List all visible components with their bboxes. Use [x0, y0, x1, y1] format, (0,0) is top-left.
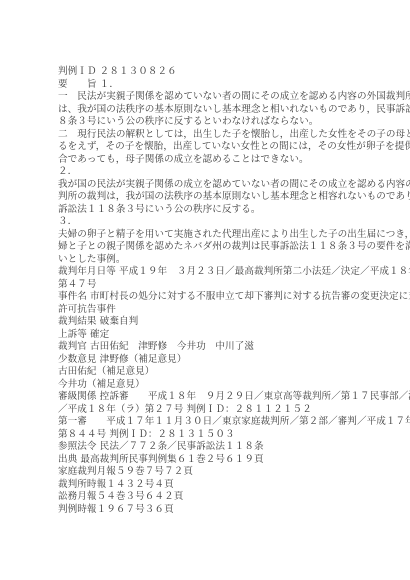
first-instance: 第一審 平成１７年１１月３０日／東京家庭裁判所／第２部／審判／平成１７年（家） [58, 416, 358, 429]
judgment-date-cont: 第４７号 [58, 279, 358, 292]
source-cont: 訟務月報５４巻３号６４２頁 [58, 491, 358, 504]
judgment-result: 裁判結果 破棄自判 [58, 316, 358, 329]
summary-line: 我が国の民法が実親子関係の成立を認めていない者の間にその成立を認める内容の外国裁 [58, 179, 358, 192]
referenced-laws: 参照法令 民法／７７２条／民事訴訟法１１８条 [58, 441, 358, 454]
minority-opinion-cont: 今井功（補足意見） [58, 379, 358, 392]
summary-line: 訴訟法１１８条３号にいう公の秩序に反する。 [58, 204, 358, 217]
summary-line: 判所の裁判は，我が国の法秩序の基本原則ないし基本理念と相容れないものであり，民事 [58, 191, 358, 204]
case-id: 判例ＩＤ ２８１３０８２６ [58, 66, 358, 79]
summary-line: いとした事例。 [58, 254, 358, 267]
summary-line: 一 民法が実親子関係を認めていない者の間にその成立を認める内容の外国裁判所の裁判 [58, 91, 358, 104]
judges: 裁判官 古田佑紀 津野修 今井功 中川了滋 [58, 341, 358, 354]
source: 出典 最高裁判所民事判例集６１巻２号６１９頁 [58, 454, 358, 467]
summary-section: 一 民法が実親子関係を認めていない者の間にその成立を認める内容の外国裁判所の裁判… [58, 91, 358, 266]
summary-line: 合であっても，母子関係の成立を認めることはできない。 [58, 154, 358, 167]
summary-point-number: ２． [58, 166, 358, 179]
source-cont: 裁判所時報１４３２号４頁 [58, 479, 358, 492]
case-name: 事件名 市町村長の処分に対する不服申立て却下審判に対する抗告審の変更決定に対する [58, 291, 358, 304]
trial-history: 審級関係 控訴審 平成１８年 ９月２９日／東京高等裁判所／第１７民事部／決定 [58, 391, 358, 404]
case-details-section: 裁判年月日等 平成１９年 ３月２３日／最高裁判所第二小法廷／決定／平成１８年（許… [58, 266, 358, 516]
summary-line: るをえず，その子を懐胎，出産していない女性との間には，その女性が卵子を提供した場 [58, 141, 358, 154]
summary-line: 二 現行民法の解釈としては，出生した子を懐胎し，出産した女性をその子の母と解さざ [58, 129, 358, 142]
appeal-status: 上訴等 確定 [58, 329, 358, 342]
source-cont: 判例時報１９６７号３６頁 [58, 504, 358, 517]
summary-line: ８条３号にいう公の秩序に反するといわなければならない。 [58, 116, 358, 129]
minority-opinion-cont: 古田佑紀（補足意見） [58, 366, 358, 379]
summary-line: 夫婦の卵子と精子を用いて実施された代理出産により出生した子の出生届につき，当該夫 [58, 229, 358, 242]
summary-heading: 要 旨 １． [58, 79, 358, 92]
source-cont: 家庭裁判月報５９巻７号７２頁 [58, 466, 358, 479]
summary-line: 婦と子との親子関係を認めたネバダ州の裁判は民事訴訟法１１８条３号の要件を満たさな [58, 241, 358, 254]
summary-line: は、我が国の法秩序の基本原則ないし基本理念と相いれないものであり，民事訴訟法１１ [58, 104, 358, 117]
summary-point-number: ３． [58, 216, 358, 229]
judgment-date: 裁判年月日等 平成１９年 ３月２３日／最高裁判所第二小法廷／決定／平成１８年（許… [58, 266, 358, 279]
minority-opinion: 少数意見 津野修（補足意見） [58, 354, 358, 367]
case-name-cont: 許可抗告事件 [58, 304, 358, 317]
case-document: 判例ＩＤ ２８１３０８２６ 要 旨 １． 一 民法が実親子関係を認めていない者の… [58, 66, 358, 516]
trial-history-cont: ／平成１８年（ラ）第２７号 判例ＩＤ：２８１１２１５２ [58, 404, 358, 417]
first-instance-cont: 第８４４号 判例ＩＤ：２８１３１５０３ [58, 429, 358, 442]
